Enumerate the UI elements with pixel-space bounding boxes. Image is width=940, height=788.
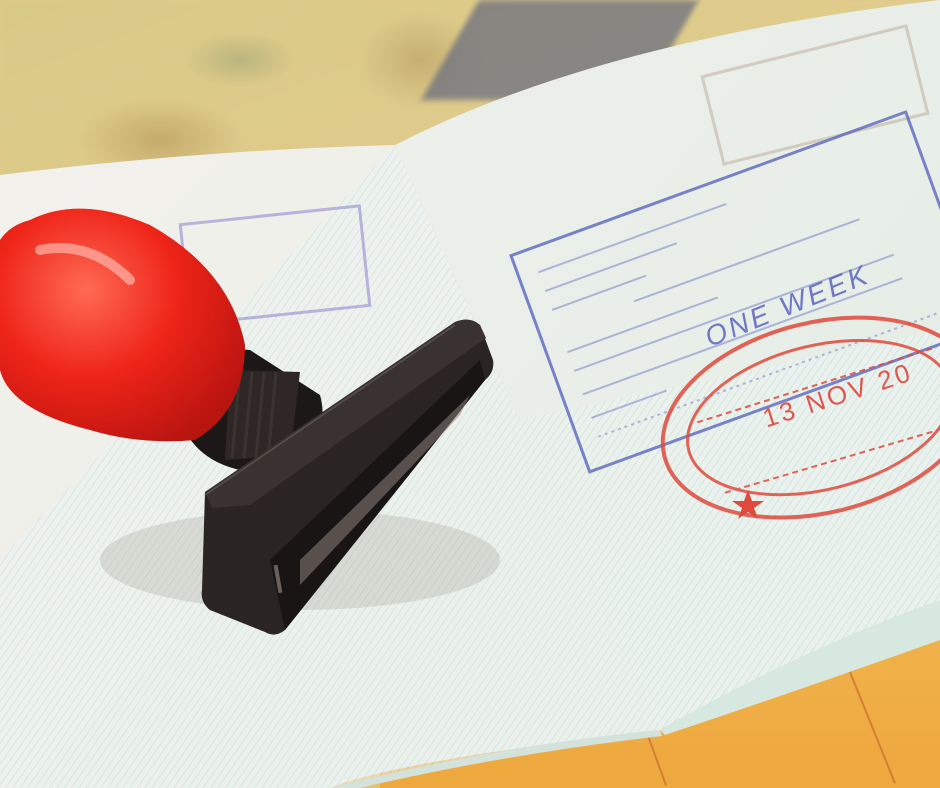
photo-scene: ONE WEEK 13 NOV 20 bbox=[0, 0, 940, 788]
